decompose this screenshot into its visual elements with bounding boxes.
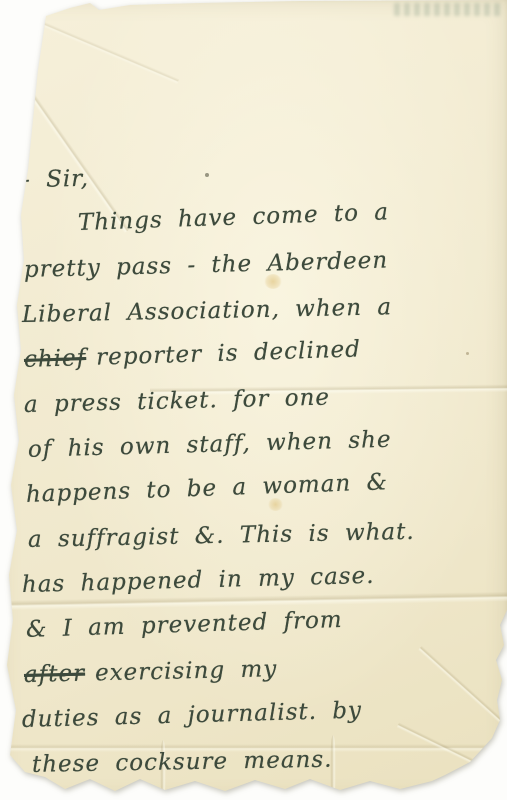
handwritten-text: has happened in my case. [22,563,375,598]
handwritten-text: a press ticket. for one [24,384,331,417]
letter-body: - Sir,Things have come to apretty pass -… [22,158,499,788]
handwritten-text: pretty pass - the Aberdeen [24,247,389,283]
paper-shadow-wrap: - Sir,Things have come to apretty pass -… [0,0,507,800]
struck-word: after [24,661,86,688]
handwritten-text: & I am prevented from [26,607,343,643]
scanned-letter-scene: - Sir,Things have come to apretty pass -… [0,0,507,800]
handwritten-text: - Sir, [22,166,89,193]
letter-paper: - Sir,Things have come to apretty pass -… [0,0,507,800]
handwritten-text: Things have come to a [77,199,389,236]
handwritten-text: a suffragist &. This is what. [28,519,415,553]
handwritten-text: reporter is declined [96,336,362,370]
handwritten-text: of his own staff, when she [28,427,392,463]
handwritten-text: exercising my [95,656,278,686]
handwritten-text: happens to be a woman & [26,469,389,508]
handwritten-text: duties as a journalist. by [22,698,363,733]
struck-word: chief [24,345,87,373]
handwritten-text: Liberal Association, when a [22,294,393,328]
handwritten-text: these cocksure means. [32,747,333,778]
handwritten-line: these cocksure means. [22,735,500,788]
